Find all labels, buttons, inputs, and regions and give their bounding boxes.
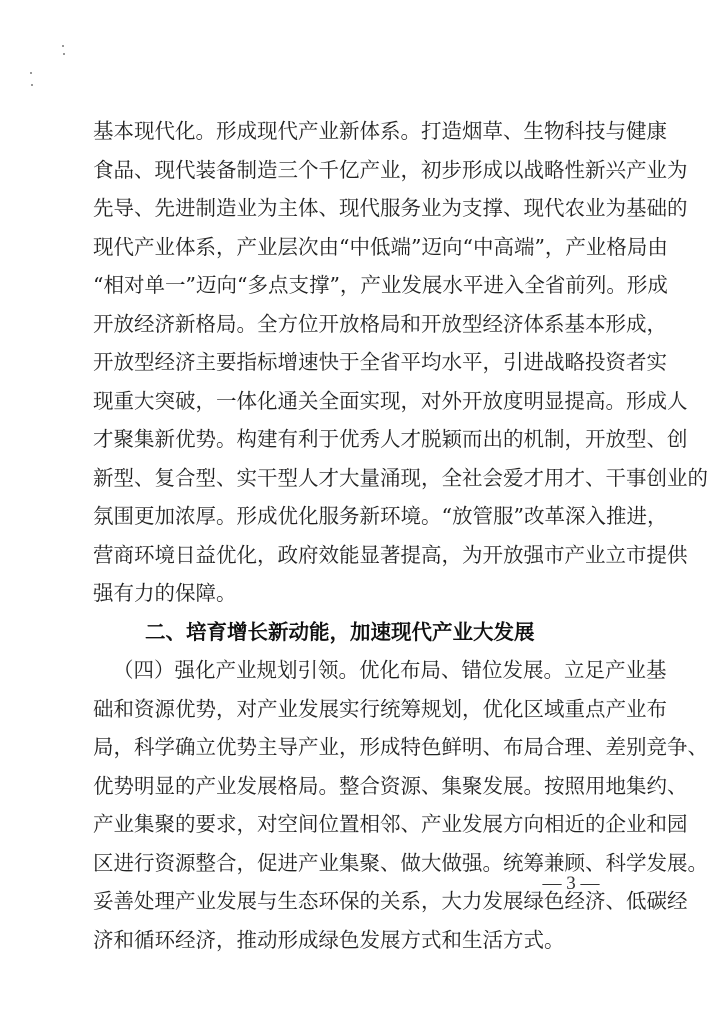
paragraph-line: 济和循环经济，推动形成绿色发展方式和生活方式。 <box>93 921 623 960</box>
scan-artifact-mark <box>63 53 65 55</box>
scan-artifact-mark <box>31 84 33 86</box>
paragraph-line: 现重大突破，一体化通关全面实现，对外开放度明显提高。形成人 <box>93 382 623 421</box>
paragraph-line: 先导、先进制造业为主体、现代服务业为支撑、现代农业为基础的 <box>93 189 623 228</box>
scan-artifact-mark <box>30 72 32 74</box>
paragraph-line: 氛围更加浓厚。形成优化服务新环境。“放管服”改革深入推进， <box>93 497 623 536</box>
paragraph-line: 基本现代化。形成现代产业新体系。打造烟草、生物科技与健康 <box>93 112 623 151</box>
paragraph-line: 局，科学确立优势主导产业，形成特色鲜明、布局合理、差别竞争、 <box>93 728 623 767</box>
document-page: 基本现代化。形成现代产业新体系。打造烟草、生物科技与健康 食品、现代装备制造三个… <box>0 0 720 1018</box>
page-number: — 3 — <box>536 870 606 898</box>
paragraph-line: 新型、复合型、实干型人才大量涌现，全社会爱才用才、干事创业的 <box>93 459 623 498</box>
section-heading: 二、培育增长新动能，加速现代产业大发展 <box>93 613 623 652</box>
paragraph-line: 营商环境日益优化，政府效能显著提高，为开放强市产业立市提供 <box>93 536 623 575</box>
paragraph-line: 开放经济新格局。全方位开放格局和开放型经济体系基本形成， <box>93 305 623 344</box>
paragraph-line: 才聚集新优势。构建有利于优秀人才脱颖而出的机制，开放型、创 <box>93 420 623 459</box>
scan-artifact-mark <box>62 45 64 47</box>
paragraph-line: 开放型经济主要指标增速快于全省平均水平，引进战略投资者实 <box>93 343 623 382</box>
paragraph-line: 强有力的保障。 <box>93 574 623 613</box>
document-body: 基本现代化。形成现代产业新体系。打造烟草、生物科技与健康 食品、现代装备制造三个… <box>93 112 623 959</box>
paragraph-line: （四）强化产业规划引领。优化布局、错位发展。立足产业基 <box>93 651 623 690</box>
paragraph-line: 础和资源优势，对产业发展实行统筹规划，优化区域重点产业布 <box>93 690 623 729</box>
paragraph-line: 优势明显的产业发展格局。整合资源、集聚发展。按照用地集约、 <box>93 767 623 806</box>
paragraph-line: “相对单一”迈向“多点支撑”，产业发展水平进入全省前列。形成 <box>93 266 623 305</box>
paragraph-line: 食品、现代装备制造三个千亿产业，初步形成以战略性新兴产业为 <box>93 151 623 190</box>
paragraph-line: 产业集聚的要求，对空间位置相邻、产业发展方向相近的企业和园 <box>93 805 623 844</box>
paragraph-line: 现代产业体系，产业层次由“中低端”迈向“中高端”，产业格局由 <box>93 228 623 267</box>
